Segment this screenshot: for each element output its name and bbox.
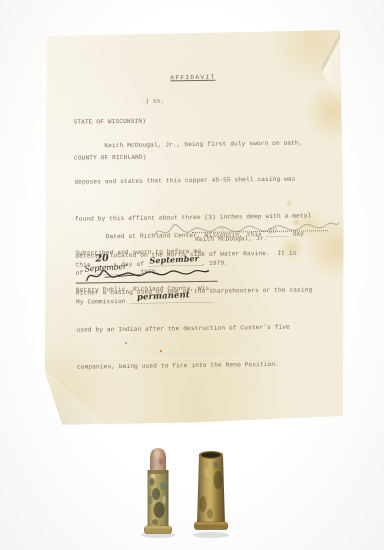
affidavit-paper: AFFIDAVIT STATE OF WISCONSIN) COUNTY OF … bbox=[44, 28, 346, 428]
commission-blank: ______________________permanent bbox=[129, 294, 213, 307]
handwritten-commission: permanent bbox=[137, 289, 190, 304]
body-line: used by an Indian after the destruction … bbox=[76, 321, 313, 337]
commission-line: My Commission ______________________perm… bbox=[76, 294, 213, 308]
affiant-signature-line bbox=[192, 222, 328, 233]
shell-casing-artifact bbox=[193, 451, 229, 538]
artifacts bbox=[130, 438, 240, 540]
casing-opening bbox=[201, 452, 221, 458]
cartridge-artifact bbox=[141, 448, 175, 538]
photograph: AFFIDAVIT STATE OF WISCONSIN) COUNTY OF … bbox=[0, 0, 384, 550]
body-line: Keith McDougal, Jr., being first duly sw… bbox=[74, 137, 311, 153]
body-line: companies, being used to fire into the R… bbox=[77, 358, 314, 374]
venue-ss-label: ) ss. bbox=[145, 95, 164, 108]
body-line: deposes and states that this copper 45-5… bbox=[74, 174, 311, 190]
affiant-typed-name: Keith McDougal, Jr. bbox=[195, 233, 268, 246]
document-title: AFFIDAVIT bbox=[42, 70, 344, 87]
casing-shadow bbox=[193, 532, 229, 538]
document-content: AFFIDAVIT STATE OF WISCONSIN) COUNTY OF … bbox=[41, 26, 349, 430]
handwritten-notary-day: 20 bbox=[95, 253, 109, 266]
